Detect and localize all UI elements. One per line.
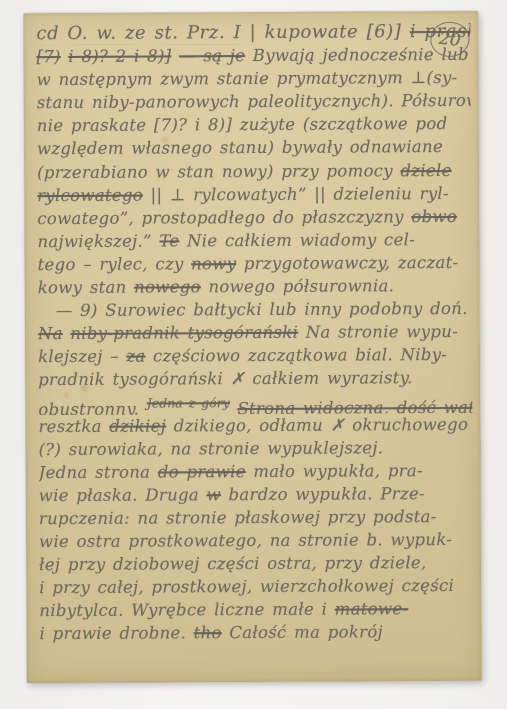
manuscript-line: rupczenia: na stronie płaskowej przy pod… bbox=[39, 505, 473, 530]
handwriting-text: i przy całej, prostkowej, wierzchołkowej… bbox=[39, 576, 454, 597]
manuscript-line: nie praskate [7)? i 8)] zużyte (szczątko… bbox=[37, 112, 471, 137]
handwriting-text: cowatego”, prostopadłego do płaszczyzny bbox=[37, 207, 404, 228]
struck-handwriting-text: Na bbox=[38, 324, 63, 343]
handwriting-text: (?) surowiaka, na stronie wypuklejszej. bbox=[38, 438, 383, 459]
handwriting-text: cd O. w. ze st. Prz. I bbox=[36, 22, 241, 45]
handwriting-text: | kupowate [6)] bbox=[250, 21, 402, 43]
handwriting-text: i prawie drobne. bbox=[39, 624, 186, 644]
handwriting-text: Całość ma pokrój bbox=[229, 623, 383, 643]
handwriting-text: klejszej – bbox=[38, 347, 119, 366]
manuscript-line: i przy całej, prostkowej, wierzchołkowej… bbox=[39, 574, 473, 599]
handwriting-text: rupczenia: na stronie płaskowej przy pod… bbox=[39, 507, 437, 528]
handwriting-text: nowego półsurownia. bbox=[208, 276, 394, 296]
handwriting-text: || ⊥ rylcowatych” || dzieleniu ryl- bbox=[151, 184, 449, 205]
handwriting-text: Na stronie wypu- bbox=[306, 322, 458, 342]
manuscript-line: i prawie drobne. tho Całość ma pokrój bbox=[39, 620, 473, 645]
handwriting-text: przygotowawczy, zaczat- bbox=[244, 253, 459, 273]
struck-handwriting-text: i 8)? 2 i 8)] bbox=[68, 47, 171, 67]
manuscript-line: Na niby-pradnik tysogórański Na stronie … bbox=[38, 320, 472, 345]
handwriting-text: wie ostra prostkowatego, na stronie b. w… bbox=[39, 530, 452, 551]
struck-handwriting-text: tho bbox=[194, 624, 222, 643]
struck-handwriting-text: Jedna z góry bbox=[147, 395, 230, 410]
manuscript-line: kowy stan nowego nowego półsurownia. bbox=[38, 274, 472, 299]
handwriting-text: resztka bbox=[38, 416, 101, 435]
handwriting-text: największej.” bbox=[37, 231, 151, 251]
handwriting-text: wie płaska. Druga bbox=[39, 485, 199, 505]
struck-handwriting-text: Te bbox=[159, 231, 179, 250]
manuscript-line: nibytylca. Wyrębce liczne małe i matowe- bbox=[39, 597, 473, 622]
manuscript-line: łej przy dziobowej części ostra, przy dz… bbox=[39, 551, 473, 576]
handwriting-text: w następnym zwym stanie prymatycznym ⊥(s… bbox=[37, 68, 458, 89]
handwriting-text: względem własnego stanu) bywały odnawian… bbox=[37, 137, 443, 158]
manuscript-line: — 9) Surowiec bałtycki lub inny podobny … bbox=[38, 297, 472, 322]
struck-handwriting-text: i praskate bbox=[410, 21, 471, 43]
manuscript-line: największej.” Te Nie całkiem wiadomy cel… bbox=[37, 228, 471, 253]
handwriting-text: tego – rylec, czy bbox=[38, 254, 184, 274]
handwriting-text: Jedna strona bbox=[39, 462, 151, 482]
struck-handwriting-text: obwo bbox=[411, 207, 457, 226]
manuscript-line: wie płaska. Druga w bardzo wypukła. Prze… bbox=[39, 482, 473, 507]
struck-handwriting-text: dzikiej bbox=[109, 416, 166, 435]
manuscript-line: cowatego”, prostopadłego do płaszczyzny … bbox=[37, 205, 471, 230]
struck-handwriting-text: niby-pradnik tysogórański bbox=[70, 323, 298, 343]
manuscript-line: [7) i 8)? 2 i 8)] — są je Bywają jednocz… bbox=[36, 43, 470, 68]
handwriting-text: pradnik tysogórański ✗ całkiem wyrazisty… bbox=[38, 369, 413, 390]
struck-handwriting-text: do prawie bbox=[158, 462, 246, 481]
handwriting-text: kowy stan bbox=[38, 278, 127, 297]
handwriting-text: bardzo wypukła. Prze- bbox=[228, 484, 424, 504]
struck-handwriting-text: dziele bbox=[400, 161, 451, 180]
manuscript-line: rylcowatego || ⊥ rylcowatych” || dzielen… bbox=[37, 182, 471, 207]
handwriting-text: stanu niby-panorowych paleolitycznych). … bbox=[37, 91, 471, 112]
handwriting-text: mało wypukła, pra- bbox=[253, 461, 423, 481]
handwriting-text: dzikiego, odłamu ✗ okruchowego bbox=[174, 414, 469, 435]
struck-handwriting-text: nowy bbox=[191, 254, 236, 273]
handwriting-text: obustronny. bbox=[38, 399, 139, 415]
struck-handwriting-text: — są je bbox=[179, 46, 245, 65]
handwriting-text: nie praskate [7)? i 8)] zużyte (szczątko… bbox=[37, 114, 448, 135]
manuscript-line: resztka dzikiej dzikiego, odłamu ✗ okruc… bbox=[38, 412, 472, 437]
handwriting-text: (przerabiano w stan nowy) przy pomocy bbox=[37, 161, 393, 182]
manuscript-line: w następnym zwym stanie prymatycznym ⊥(s… bbox=[37, 66, 471, 91]
manuscript-line: tego – rylec, czy nowy przygotowawczy, z… bbox=[38, 251, 472, 276]
scanner-background: 20 cd O. w. ze st. Prz. I | kupowate [6)… bbox=[0, 0, 507, 709]
manuscript-line: cd O. w. ze st. Prz. I | kupowate [6)] i… bbox=[36, 20, 470, 45]
struck-handwriting-text: nowego bbox=[134, 277, 201, 296]
manuscript-line: wie ostra prostkowatego, na stronie b. w… bbox=[39, 528, 473, 553]
handwriting-text: częściowo zaczątkowa bial. Niby- bbox=[153, 345, 447, 366]
manuscript-line: (?) surowiaka, na stronie wypuklejszej. bbox=[38, 436, 472, 461]
manuscript-line: (przerabiano w stan nowy) przy pomocy dz… bbox=[37, 158, 471, 183]
struck-handwriting-text: matowe- bbox=[335, 600, 409, 619]
struck-handwriting-text: w bbox=[206, 485, 221, 504]
handwriting-text: nibytylca. Wyrębce liczne małe i bbox=[39, 600, 327, 621]
handwriting-text: łej przy dziobowej części ostra, przy dz… bbox=[39, 553, 426, 574]
handwriting-text: Bywają jednocześnie lub bbox=[253, 45, 469, 65]
struck-handwriting-text: rylcowatego bbox=[37, 185, 143, 205]
handwriting-text: Nie całkiem wiadomy cel- bbox=[187, 230, 415, 250]
manuscript-line: Jedna strona do prawie mało wypukła, pra… bbox=[39, 459, 473, 484]
manuscript-text: cd O. w. ze st. Prz. I | kupowate [6)] i… bbox=[36, 20, 473, 646]
manuscript-line: klejszej – za częściowo zaczątkowa bial.… bbox=[38, 343, 472, 368]
handwriting-text: — 9) Surowiec bałtycki lub inny podobny … bbox=[56, 299, 468, 320]
manuscript-line: stanu niby-panorowych paleolitycznych). … bbox=[37, 89, 471, 114]
manuscript-line: obustronny. Jedna z góry Strona widoczna… bbox=[38, 389, 472, 414]
manuscript-paper: 20 cd O. w. ze st. Prz. I | kupowate [6)… bbox=[23, 11, 482, 683]
manuscript-line: pradnik tysogórański ✗ całkiem wyrazisty… bbox=[38, 366, 472, 391]
struck-handwriting-text: [7) bbox=[36, 47, 60, 66]
manuscript-line: względem własnego stanu) bywały odnawian… bbox=[37, 135, 471, 160]
struck-handwriting-text: za bbox=[126, 347, 145, 366]
